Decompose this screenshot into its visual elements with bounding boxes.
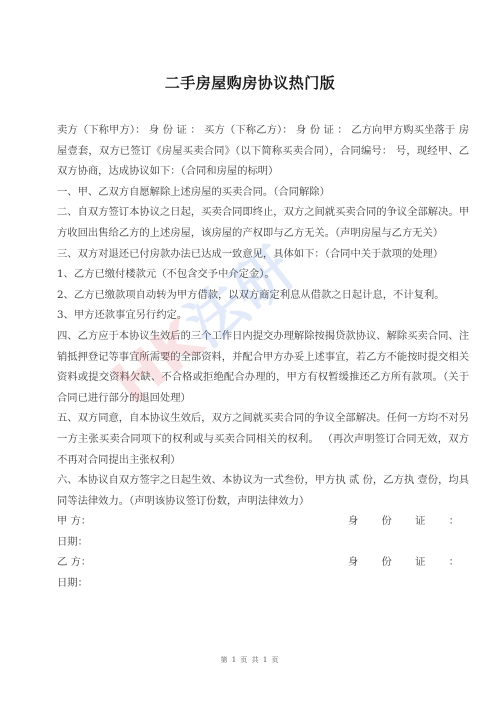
party-b-date-label: 日期： bbox=[57, 573, 88, 594]
clause-5: 五、双方同意，自本协议生效后，双方之间就买卖合同的争议全部解决。任何一方均不对另… bbox=[57, 408, 469, 470]
signature-date-party-b: 日期： bbox=[57, 573, 469, 594]
document-page: 二手房屋购房协议热门版 卖方（下称甲方）： 身 份 证 ： 买方（下称乙方）： … bbox=[0, 0, 500, 706]
party-a-label: 甲 方： bbox=[57, 511, 91, 532]
clause-3: 三、双方对退还已付房款办法已达成一致意见，具体如下：（合同中关于款项的处理） bbox=[57, 244, 469, 265]
intro-paragraph: 卖方（下称甲方）： 身 份 证 ： 买方（下称乙方）： 身 份 证 ： 乙方向甲… bbox=[57, 120, 469, 182]
document-body: 卖方（下称甲方）： 身 份 证 ： 买方（下称乙方）： 身 份 证 ： 乙方向甲… bbox=[57, 120, 469, 594]
clause-3-item-2: 2、乙方已缴款项自动转为甲方借款，以双方商定利息从借款之日起计息，不计复利。 bbox=[57, 285, 469, 306]
page-footer: 第 1 页 共 1 页 bbox=[0, 655, 500, 665]
party-a-id-label: 身 份 证 ： bbox=[348, 511, 469, 532]
clause-1: 一、甲、乙双方自愿解除上述房屋的买卖合同。（合同解除） bbox=[57, 182, 469, 203]
party-b-label: 乙 方： bbox=[57, 552, 91, 573]
signature-row-party-a: 甲 方： 身 份 证 ： bbox=[57, 511, 469, 532]
clause-3-item-1: 1、乙方已缴付楼款元（不包含交予中介定金）。 bbox=[57, 264, 469, 285]
clause-4: 四、乙方应于本协议生效后的三个工作日内提交办理解除按揭贷款协议、解除买卖合同、注… bbox=[57, 326, 469, 408]
document-title: 二手房屋购房协议热门版 bbox=[0, 72, 500, 93]
clause-3-item-3: 3、甲方还款事宜另行约定。 bbox=[57, 305, 469, 326]
signature-row-party-b: 乙 方： 身 份 证 ： bbox=[57, 552, 469, 573]
clause-2: 二、自双方签订本协议之日起，买卖合同即终止，双方之间就买卖合同的争议全部解决。甲… bbox=[57, 202, 469, 243]
signature-date-party-a: 日期： bbox=[57, 532, 469, 553]
clause-6: 六、本协议自双方签字之日起生效、本协议为一式叁份，甲方执 贰 份，乙方执 壹份，… bbox=[57, 470, 469, 511]
party-a-date-label: 日期： bbox=[57, 532, 88, 553]
party-b-id-label: 身 份 证 ： bbox=[348, 552, 469, 573]
